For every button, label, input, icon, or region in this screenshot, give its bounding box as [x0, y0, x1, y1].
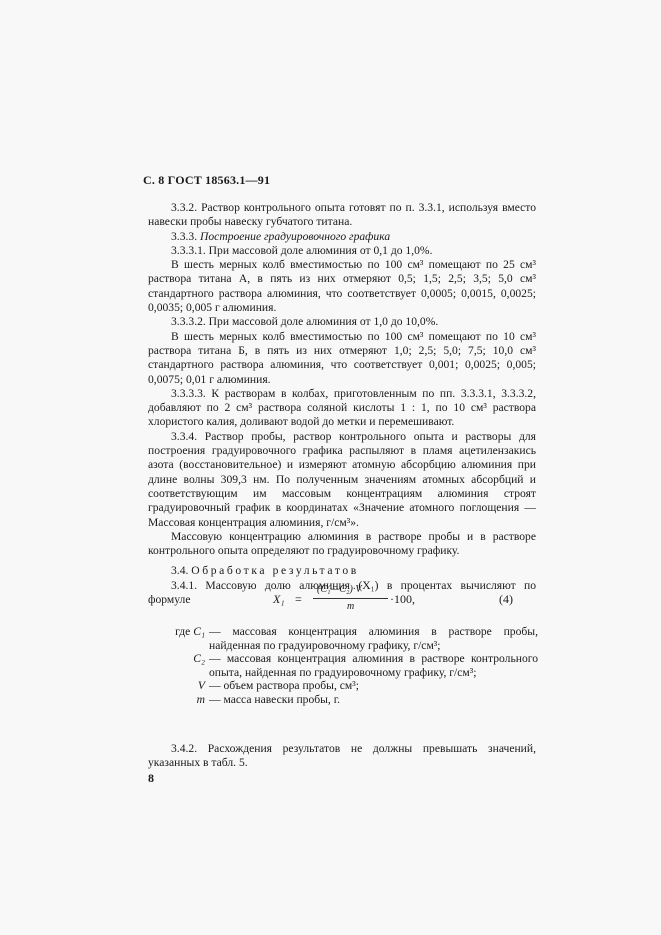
- legend-item: m — масса навески пробы, г.: [143, 693, 538, 707]
- legend-description: — массовая концентрация алюминия в раств…: [209, 652, 538, 679]
- legend-description: — масса навески пробы, г.: [209, 693, 538, 707]
- section-number: 3.3.3.: [171, 230, 197, 243]
- paragraph-3-3-3-2: 3.3.3.2. При массовой доле алюминия от 1…: [148, 315, 536, 329]
- legend-symbol: C₂: [193, 652, 205, 665]
- paragraph-3-3-2: 3.3.2. Раствор контрольного опыта готовя…: [148, 201, 536, 230]
- page-number: 8: [148, 771, 154, 786]
- paragraph-3-3-3-1: 3.3.3.1. При массовой доле алюминия от 0…: [148, 244, 536, 258]
- paragraph-3-3-3-2-body: В шесть мерных колб вместимостью по 100 …: [148, 330, 536, 387]
- legend-symbol: C₁: [193, 625, 205, 638]
- legend-item: где C₁ — массовая концентрация алюминия …: [143, 625, 538, 652]
- paragraph-3-3-4: 3.3.4. Раствор пробы, раствор контрольно…: [148, 430, 536, 530]
- legend-item: C₂ — массовая концентрация алюминия в ра…: [143, 652, 538, 679]
- legend-prefix: где: [175, 625, 190, 638]
- paragraph-text: 3.4.2. Расхождения результатов не должны…: [148, 742, 536, 771]
- legend-symbol: m: [197, 693, 205, 706]
- formula-legend: где C₁ — массовая концентрация алюминия …: [143, 625, 538, 707]
- paragraph-3-3-3-1-body: В шесть мерных колб вместимостью по 100 …: [148, 258, 536, 315]
- section-title: Обработка результатов: [191, 564, 359, 577]
- page-header: С. 8 ГОСТ 18563.1—91: [143, 173, 270, 188]
- legend-item: V — объем раствора пробы, см³;: [143, 679, 538, 693]
- formula-equals: =: [295, 592, 302, 607]
- formula-lhs: X₁: [273, 592, 285, 607]
- formula: X₁ = (C₁—C₂)·V m ·100, (4): [273, 584, 518, 616]
- paragraph-3-4-2: 3.4.2. Расхождения результатов не должны…: [148, 742, 536, 771]
- fraction-bar: [313, 598, 388, 599]
- legend-description: — массовая концентрация алюминия в раств…: [209, 625, 538, 652]
- formula-numerator: (C₁—C₂)·V: [317, 584, 361, 595]
- paragraph-3-3-4-b: Массовую концентрацию алюминия в раствор…: [148, 530, 536, 559]
- legend-description: — объем раствора пробы, см³;: [209, 679, 538, 693]
- formula-multiplier: ·100,: [390, 592, 415, 607]
- body-text: 3.3.2. Раствор контрольного опыта готовя…: [148, 201, 536, 607]
- paragraph-3-3-3: 3.3.3. Построение градуировочного график…: [148, 230, 536, 244]
- section-title: Построение градуировочного графика: [200, 230, 390, 243]
- formula-number: (4): [499, 592, 513, 607]
- paragraph-3-4: 3.4. Обработка результатов: [148, 564, 536, 578]
- legend-symbol: V: [198, 679, 205, 692]
- paragraph-3-3-3-3: 3.3.3.3. К растворам в колбах, приготовл…: [148, 387, 536, 430]
- formula-denominator: m: [347, 601, 354, 612]
- section-number: 3.4.: [171, 564, 188, 577]
